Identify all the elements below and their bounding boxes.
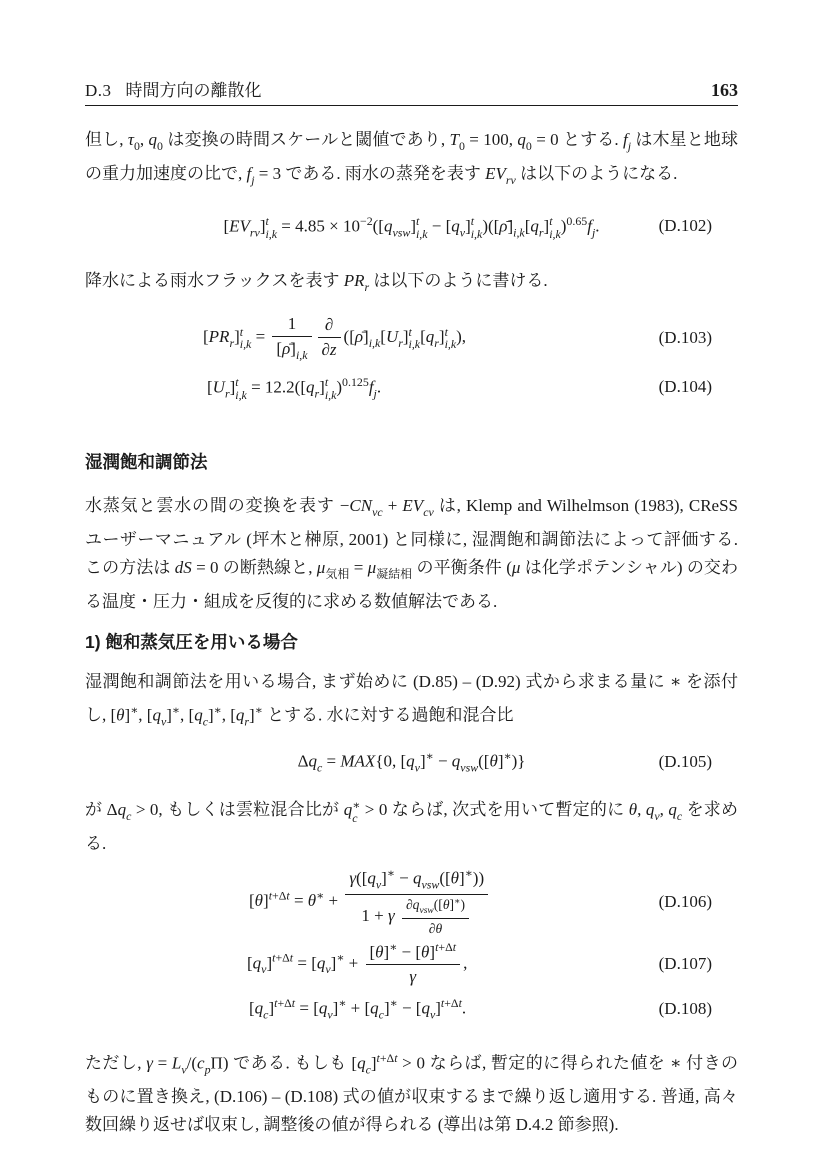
equation-d107: [qv]t+Δt = [qv]∗ + [θ]∗ − [θ]t+Δtγ, (D.1… bbox=[85, 940, 738, 989]
equation-d104-number: (D.104) bbox=[659, 377, 712, 397]
section-heading: D.3時間方向の離散化 bbox=[85, 76, 262, 101]
equation-d106: [θ]t+Δt = θ∗ + γ([qv]∗ − qvsw([θ]∗))1 + … bbox=[85, 866, 738, 938]
equation-d106-number: (D.106) bbox=[659, 892, 712, 912]
equation-d104-formula: [Ur]ti,k = 12.2([qr]ti,k)0.125fj. bbox=[207, 367, 381, 408]
equation-d107-number: (D.107) bbox=[659, 954, 712, 974]
equation-d103: [PRr]ti,k = 1[ρ̄]i,k∂∂z([ρ̄]i,k[Ur]ti,k[… bbox=[85, 313, 738, 363]
paragraph-condition: が Δqc > 0, もしくは雲粒混合比が q∗c > 0 ならば, 次式を用い… bbox=[85, 796, 738, 858]
case-heading-saturation-vapor-pressure: 1) 飽和蒸気圧を用いる場合 bbox=[85, 628, 738, 656]
subsection-heading-moist-saturation-adjustment: 湿潤飽和調節法 bbox=[85, 448, 738, 476]
running-header: D.3時間方向の離散化 163 bbox=[85, 76, 738, 101]
section-number: D.3 bbox=[85, 81, 112, 100]
equation-d103-number: (D.103) bbox=[659, 328, 712, 348]
section-title: 時間方向の離散化 bbox=[126, 81, 262, 100]
header-rule bbox=[85, 105, 738, 106]
equation-d104: [Ur]ti,k = 12.2([qr]ti,k)0.125fj. (D.104… bbox=[85, 367, 738, 408]
paragraph-rain-flux-intro: 降水による雨水フラックスを表す PRr は以下のように書ける. bbox=[85, 267, 738, 301]
equation-d108: [qc]t+Δt = [qv]∗ + [qc]∗ − [qv]t+Δt. (D.… bbox=[85, 988, 738, 1029]
page-number: 163 bbox=[711, 80, 738, 101]
equation-d102: [EVrv]ti,k = 4.85 × 10−2([qvsw]ti,k − [q… bbox=[85, 206, 738, 247]
paragraph-evaporation-intro: 但し, τ0, q0 は変換の時間スケールと閾値であり, T0 = 100, q… bbox=[85, 126, 738, 194]
equation-d107-formula: [qv]t+Δt = [qv]∗ + [θ]∗ − [θ]t+Δtγ, bbox=[247, 940, 467, 989]
equation-d105: Δqc = MAX{0, [qv]∗ − qvsw([θ]∗)} (D.105) bbox=[85, 741, 738, 782]
paragraph-method-description: 水蒸気と雲水の間の変換を表す −CNvc + EVcv は, Klemp and… bbox=[85, 492, 738, 616]
paragraph-iteration-note: ただし, γ = Lv/(cpΠ) である. もしも [qc]t+Δt > 0 … bbox=[85, 1044, 738, 1139]
equation-d102-number: (D.102) bbox=[659, 216, 712, 236]
equation-d108-formula: [qc]t+Δt = [qv]∗ + [qc]∗ − [qv]t+Δt. bbox=[249, 988, 466, 1029]
paragraph-star-quantities: 湿潤飽和調節法を用いる場合, まず始めに (D.85) – (D.92) 式から… bbox=[85, 668, 738, 735]
equation-d105-number: (D.105) bbox=[659, 752, 712, 772]
equation-d102-formula: [EVrv]ti,k = 4.85 × 10−2([qvsw]ti,k − [q… bbox=[223, 206, 599, 247]
equation-d108-number: (D.108) bbox=[659, 999, 712, 1019]
equation-d105-formula: Δqc = MAX{0, [qv]∗ − qvsw([θ]∗)} bbox=[298, 741, 526, 782]
document-page: D.3時間方向の離散化 163 但し, τ0, q0 は変換の時間スケールと閾値… bbox=[0, 0, 826, 1169]
equation-d106-formula: [θ]t+Δt = θ∗ + γ([qv]∗ − qvsw([θ]∗))1 + … bbox=[249, 866, 491, 938]
equation-d103-formula: [PRr]ti,k = 1[ρ̄]i,k∂∂z([ρ̄]i,k[Ur]ti,k[… bbox=[203, 313, 466, 363]
